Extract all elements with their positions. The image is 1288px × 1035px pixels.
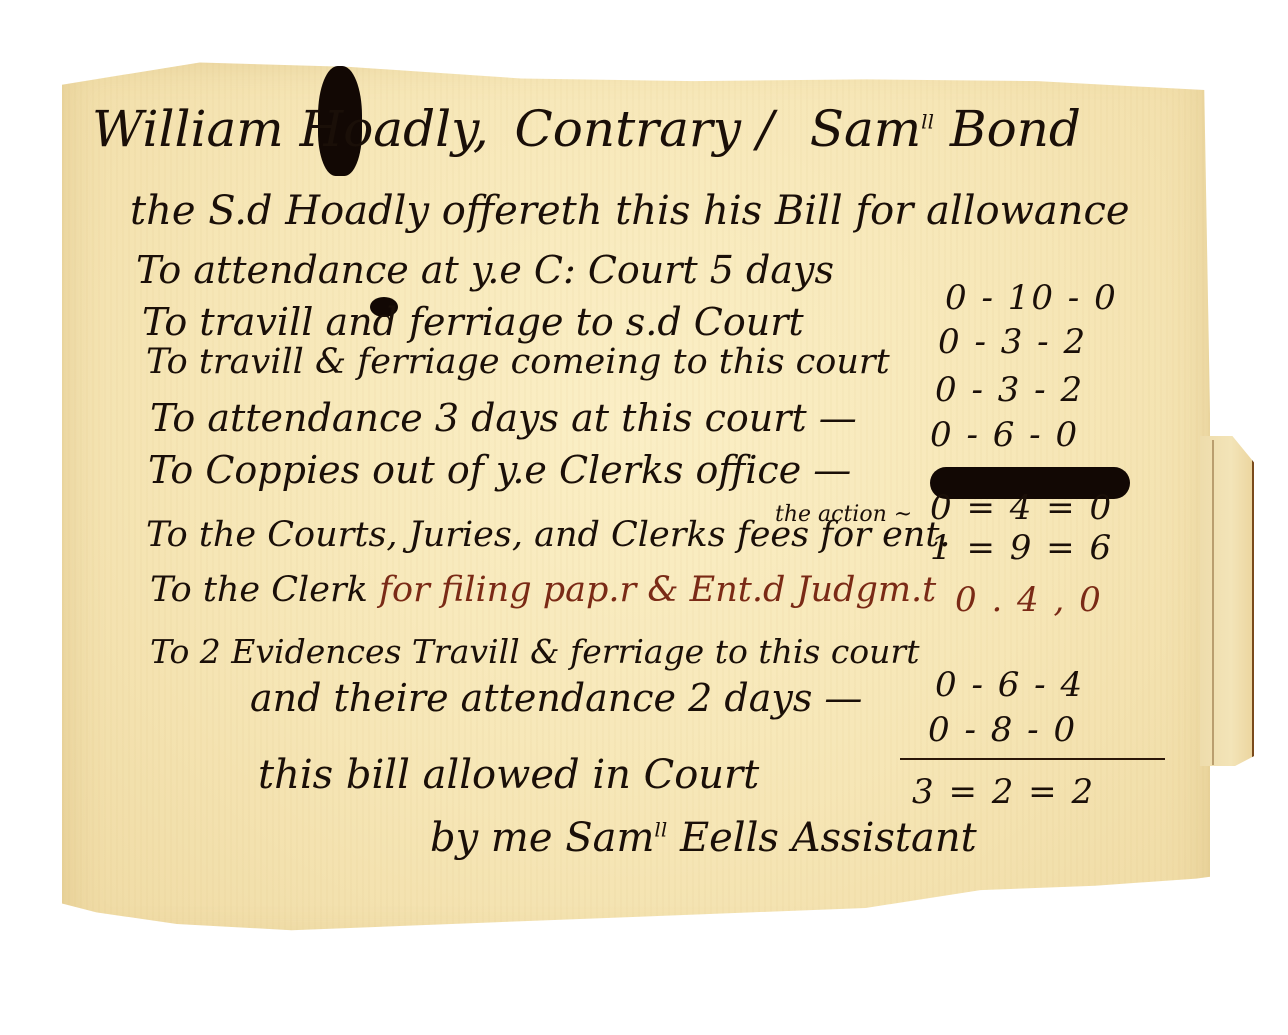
item-text-5: To Coppies out of y.e Clerks office —	[148, 448, 851, 492]
plaintiff-name: William Hoadly,	[92, 100, 489, 158]
total-label: this bill allowed in Court	[258, 752, 759, 798]
heading: William Hoadly, Contrary / Samll Bond	[92, 100, 1081, 158]
intro-line: the S.d Hoadly offereth this his Bill fo…	[130, 188, 1130, 234]
versus-text: Contrary /	[515, 100, 774, 158]
folded-paper-flap	[1200, 436, 1254, 766]
item-text-2: To travill and ferriage to s.d Court	[142, 300, 804, 344]
item-amount-8: 0 - 6 - 4	[935, 665, 1084, 705]
defendant-first: Sam	[810, 100, 921, 158]
item-text-7-red: for filing pap.r & Ent.d Judgm.t	[379, 570, 936, 610]
attestation-text: by me Sam	[430, 815, 654, 861]
defendant-superscript: ll	[921, 109, 934, 133]
item-text-9: and theire attendance 2 days —	[250, 676, 862, 720]
item-text-7: To the Clerk for filing pap.r & Ent.d Ju…	[150, 570, 936, 610]
attestation-rest: Eells Assistant	[680, 815, 977, 861]
item-text-4: To attendance 3 days at this court —	[150, 396, 857, 440]
attestation-superscript: ll	[654, 818, 667, 842]
item-text-1: To attendance at y.e C: Court 5 days	[136, 248, 834, 292]
item-amount-7: 0 . 4 , 0	[955, 580, 1103, 620]
item-amount-1: 0 - 10 - 0	[945, 278, 1118, 318]
item-amount-6: 1 = 9 = 6	[930, 528, 1113, 568]
attestation: by me Samll Eells Assistant	[430, 815, 977, 861]
fold-crease	[1212, 440, 1214, 765]
item-amount-3: 0 - 3 - 2	[935, 370, 1084, 410]
item-text-3: To travill & ferriage comeing to this co…	[146, 342, 890, 382]
item-amount-9: 0 - 8 - 0	[928, 710, 1077, 750]
item-text-6: To the Courts, Juries, and Clerks fees f…	[146, 515, 951, 555]
item-amount-5: 0 = 4 = 0	[930, 488, 1113, 528]
total-rule	[900, 758, 1165, 760]
item-text-8: To 2 Evidences Travill & ferriage to thi…	[150, 632, 919, 671]
item-amount-2: 0 - 3 - 2	[938, 322, 1087, 362]
item-amount-4: 0 - 6 - 0	[930, 415, 1079, 455]
defendant-last: Bond	[950, 100, 1081, 158]
total-amount: 3 = 2 = 2	[912, 772, 1095, 812]
item-text-7-black: To the Clerk	[150, 570, 368, 610]
